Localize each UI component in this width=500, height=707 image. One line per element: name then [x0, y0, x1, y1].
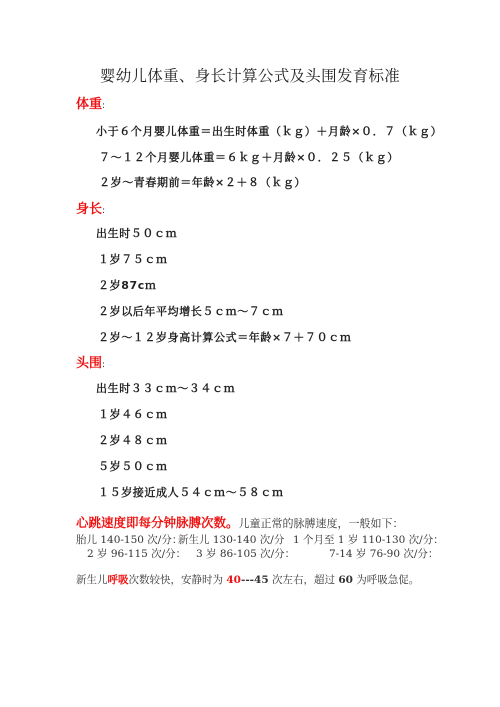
pulse-1-month-to-1-year: 1 个月至 1 岁 110-130 次/分： — [293, 532, 444, 547]
head-15-years: １５岁接近成人５４ｃｍ～５８ｃｍ — [98, 484, 284, 500]
length-at-birth: 出生时５０ｃｍ — [96, 225, 177, 241]
head-heading-colon: : — [102, 360, 105, 370]
pulse-heading-label: 心跳速度即每分钟脉膊次数 — [76, 515, 226, 530]
respiration-keyword: 呼吸 — [108, 574, 129, 586]
head-heading-label: 头围 — [76, 356, 102, 371]
weight-heading: 体重: — [76, 93, 105, 112]
pulse-newborn: 新生儿 130-140 次/分 — [178, 532, 284, 547]
weight-formula-under-6-months: 小于６个月婴儿体重＝出生时体重（ｋｇ）＋月龄×０．７（ｋｇ） — [96, 123, 442, 139]
length-heading: 身长: — [76, 198, 105, 217]
pulse-fetus: 胎儿 140-150 次/分： — [76, 532, 182, 547]
respiration-value-high: ---45 — [241, 574, 269, 586]
length-heading-colon: : — [102, 206, 105, 216]
pulse-7-14-years: 7-14 岁 76-90 次/分： — [329, 546, 438, 561]
length-annual-growth: ２岁以后年平均增长５ｃｍ～７ｃｍ — [98, 303, 284, 319]
pulse-3-years: 3 岁 86-105 次/分： — [196, 546, 295, 561]
head-1-year: １岁４６ｃｍ — [98, 406, 168, 422]
pulse-2-years: 2 岁 96-115 次/分： — [87, 546, 186, 561]
head-heading: 头围: — [76, 352, 105, 371]
head-5-years: ５岁５０ｃｍ — [98, 458, 168, 474]
respiration-suffix: 次左右，超过 — [269, 574, 339, 586]
pulse-intro: 儿童正常的脉膊速度，一般如下： — [239, 517, 404, 530]
weight-formula-2-years-plus: ２岁～青春期前＝年龄×２＋８（ｋｇ） — [99, 174, 306, 190]
weight-formula-7-12-months: ７～１２个月婴儿体重＝６ｋｇ＋月龄×０．２５（ｋｇ） — [99, 149, 399, 165]
respiration-end: 为呼吸急促。 — [353, 574, 419, 586]
weight-heading-label: 体重 — [76, 97, 102, 112]
respiration-prefix: 新生儿 — [76, 574, 108, 586]
length-1-year: １岁７５ｃｍ — [98, 251, 168, 267]
pulse-heading-end: 。 — [226, 515, 239, 530]
pulse-heading: 心跳速度即每分钟脉膊次数。儿童正常的脉膊速度，一般如下： — [76, 512, 404, 531]
length-heading-label: 身长 — [76, 202, 102, 217]
page-title: 婴幼儿体重、身长计算公式及头围发育标准 — [0, 64, 500, 86]
head-2-years: ２岁４８ｃｍ — [98, 432, 168, 448]
weight-heading-colon: : — [102, 101, 105, 111]
length-2-years: ２岁87cｍ — [98, 277, 156, 293]
length-height-formula: ２岁～１２岁身高计算公式＝年龄×７＋７０ｃｍ — [98, 329, 351, 345]
respiration-limit: 60 — [338, 574, 353, 586]
respiration-value-low: 40 — [226, 574, 241, 586]
respiration-note: 新生儿呼吸次数较快，安静时为 40---45 次左右，超过 60 为呼吸急促。 — [76, 572, 419, 587]
respiration-middle: 次数较快，安静时为 — [129, 574, 227, 586]
head-at-birth: 出生时３３ｃｍ～３４ｃｍ — [96, 380, 235, 396]
